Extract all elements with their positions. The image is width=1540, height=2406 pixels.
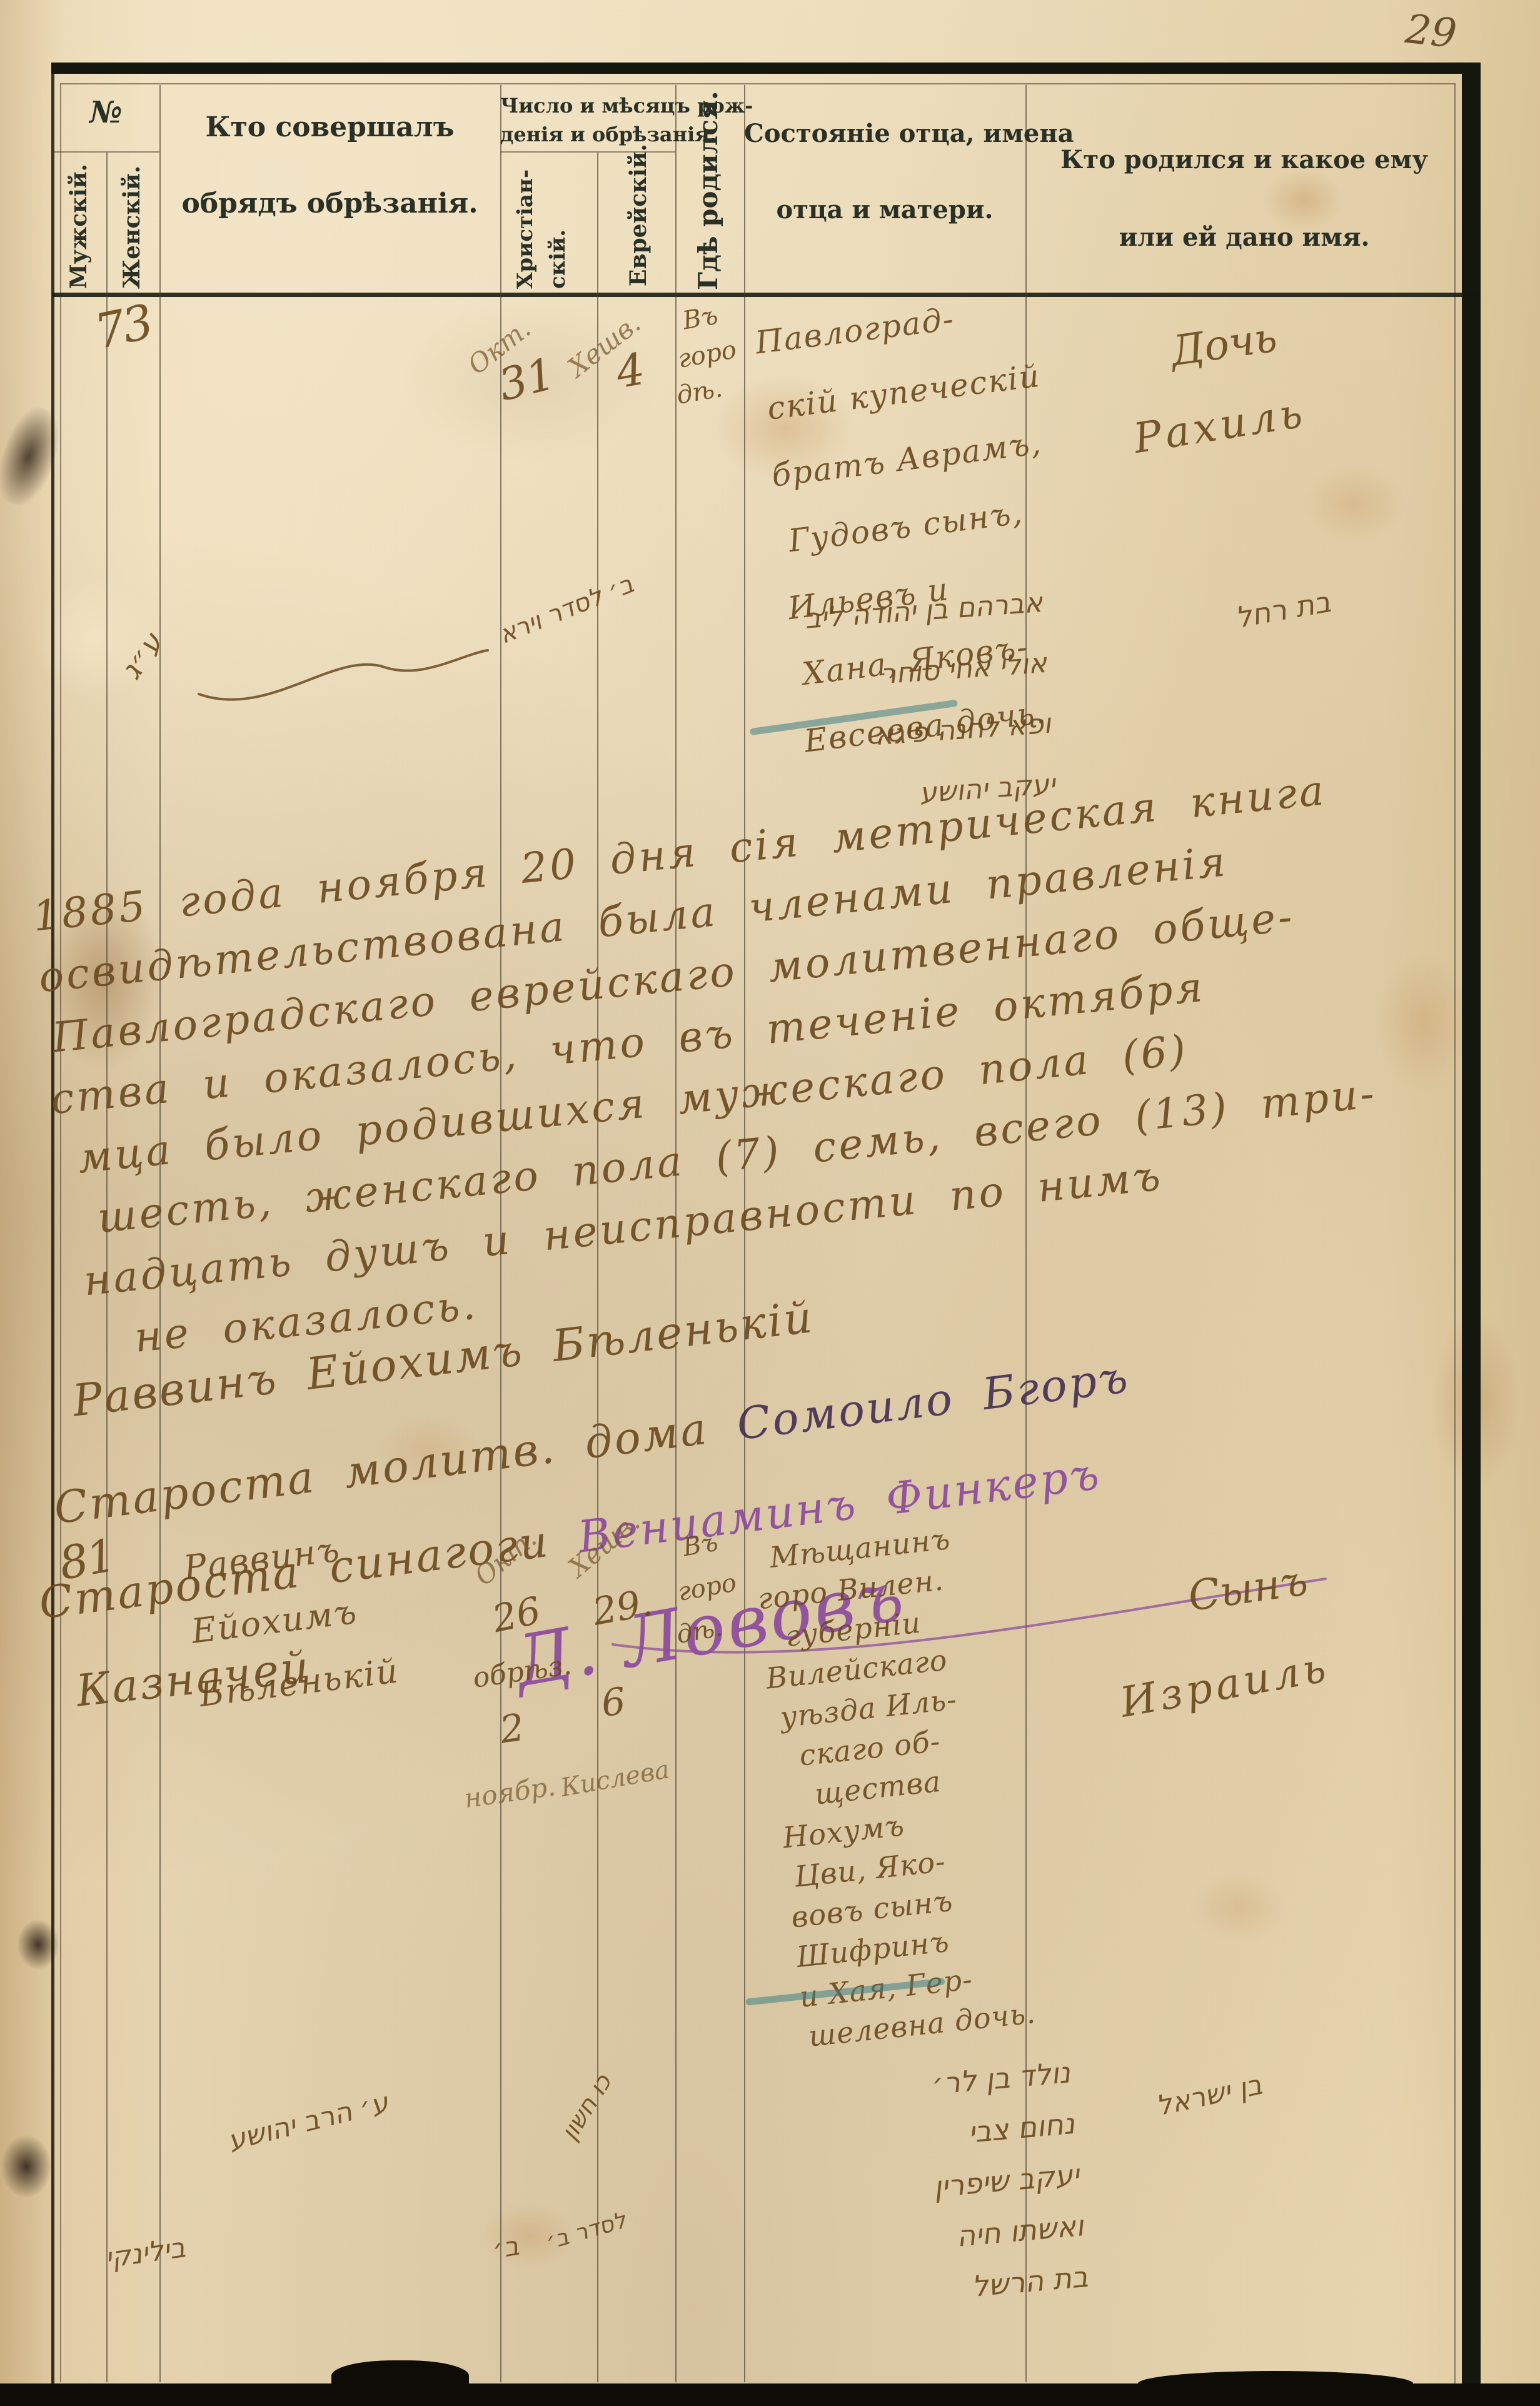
column-header-christian-line1: Христіан- (513, 169, 538, 289)
border-left (51, 63, 54, 2395)
record73-child-name-line1: Дочь (1167, 313, 1279, 376)
column-header-officiant-line2: обрядъ обрѣзанія. (159, 188, 500, 219)
record81-place-line1: Въ (680, 1528, 720, 1562)
record81-hebrew-jewish-note2: לסדר ב׳ (543, 2208, 629, 2255)
record81-jewish-circumcision-month: Кислева (558, 1755, 672, 1803)
scan-bottom-blob (331, 2360, 469, 2395)
tear-mark (1, 2135, 51, 2198)
scan-bottom-blob (1138, 2371, 1413, 2396)
record73-hebrew-date: ב׳ לסדר וירא (495, 570, 638, 650)
folio-number: 29 (1403, 6, 1459, 58)
record81-hebrew-child-name: בן ישראל (1154, 2069, 1266, 2123)
record73-hebrew-number: ע״ג (114, 627, 169, 685)
record73-place-line2: горо (676, 335, 739, 374)
record73-hebrew-child-name: בת רחל (1232, 585, 1333, 635)
metrical-register-scan: 29 № Мужскій. Женскій. Кто совершалъ обр… (0, 0, 1540, 2406)
record73-place-line3: дѣ. (675, 374, 725, 410)
border-left-thin (60, 84, 61, 2382)
column-header-who-born-line2: или ей дано имя. (1025, 223, 1463, 252)
column-header-father-line2: отца и матери. (744, 195, 1025, 224)
record73-jewish-day: 4 (612, 343, 648, 398)
stain (1263, 169, 1344, 231)
record73-number: 73 (90, 294, 156, 360)
record81-hebrew-christian-note: ב׳ (490, 2230, 521, 2265)
record81-jewish-circumcision-day: 6 (599, 1679, 627, 1726)
column-header-where-born: Гдѣ родился. (693, 91, 723, 290)
record81-hebrew-officiant-line2: בילינקי (103, 2232, 188, 2274)
stain (1188, 1870, 1288, 1945)
column-header-male: Мужскій. (66, 164, 92, 289)
record81-christian-circumcision-month: ноябр. (462, 1771, 557, 1814)
column-header-christian-line2: скій. (545, 229, 570, 289)
record73-place-line1: Въ (680, 301, 720, 335)
column-header-dates-line1: Число и мѣсяцъ рож- (500, 94, 675, 118)
border-right-thick (1462, 63, 1481, 2406)
column-header-jewish: Еврейскій. (625, 144, 652, 286)
column-header-father-line1: Состояніе отца, имена (744, 119, 1025, 148)
pen-flourish (194, 633, 494, 717)
record81-officiant-text: Раввинъ Ейохимъ Бѣленькій (180, 1513, 403, 1727)
no-label: № (53, 95, 159, 130)
record81-christian-circumcision-day: 2 (497, 1706, 527, 1753)
column-header-female: Женскій. (119, 166, 145, 289)
certification-text: 1885 года ноября 20 дня сія метрическая … (30, 758, 1391, 1374)
border-top-thin (60, 83, 1456, 84)
column-header-no: № (53, 95, 159, 130)
record81-hebrew-officiant-line1: ע׳ הרב יהושע (225, 2086, 392, 2157)
header-bottom-rule (53, 293, 1478, 297)
column-header-who-born-line1: Кто родился и какое ему (1025, 145, 1463, 174)
signature-name: Сомоило Бгоръ (734, 1351, 1132, 1450)
stain (1301, 463, 1407, 544)
column-header-dates-line2: денія и обрѣзанія. (500, 123, 675, 146)
column-header-officiant-line1: Кто совершалъ (159, 111, 500, 143)
border-right-thin (1454, 84, 1456, 2406)
record81-number: 81 (55, 1529, 118, 1590)
record73-child-name-line2: Рахиль (1130, 388, 1309, 463)
border-top-thick (51, 63, 1481, 74)
record81-hebrew-jewish-note1: כו חשון (555, 2070, 617, 2145)
record81-hebrew-father-text: נולד בן לר׳ נחום צבי יעקב שיפרין ואשתו ח… (719, 2046, 1090, 2332)
tear-mark (0, 401, 68, 512)
